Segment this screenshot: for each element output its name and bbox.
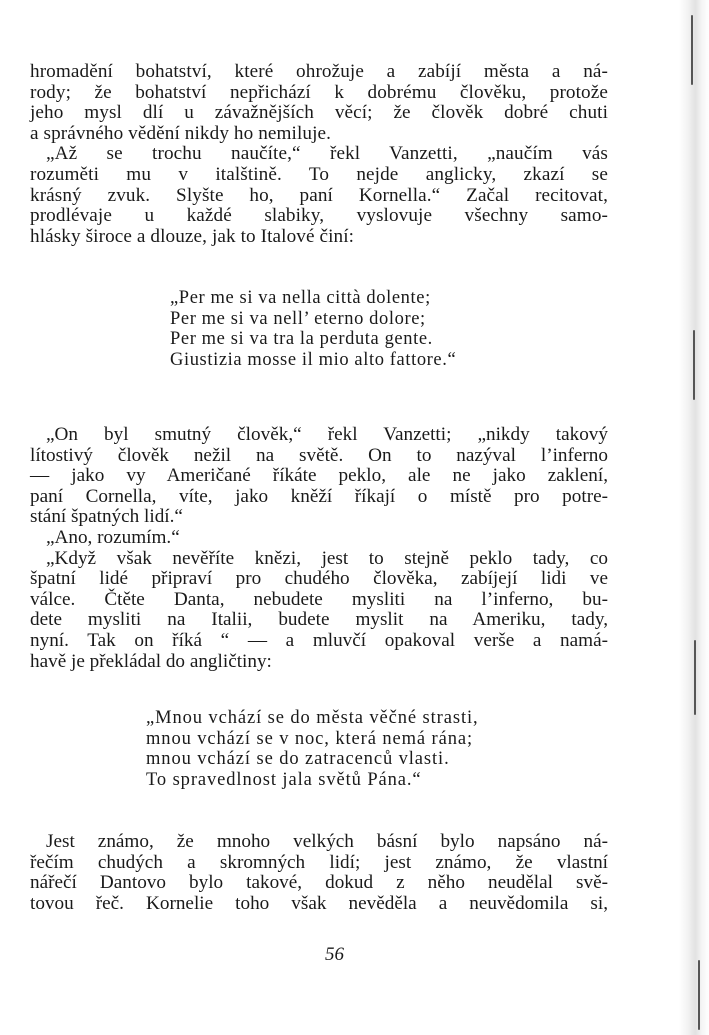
text-line: prodlévaje u každé slabiky, vyslovuje vš…	[30, 206, 608, 227]
text-line: „On byl smutný člověk,“ řekl Vanzetti; „…	[30, 425, 608, 446]
text-line: Jest známo, že mnoho velkých básní bylo …	[30, 832, 608, 853]
text-line: nyní. Tak on říká “ — a mluvčí opakoval …	[30, 631, 608, 652]
text-line: havě je překládal do angličtiny:	[30, 652, 608, 673]
binding-mark	[693, 330, 695, 400]
text-line: jeho mysl dlí u závažnějších věcí; že čl…	[30, 103, 608, 124]
page-number: 56	[325, 944, 344, 966]
text-line: řečím chudých a skromných lidí; jest zná…	[30, 853, 608, 874]
verse-line: Giustizia mosse il mio alto fattore.“	[170, 350, 456, 371]
text-line: lítostivý člověk nežil na světě. On to n…	[30, 446, 608, 467]
verse-line: mnou vchází se v noc, která nemá rána;	[146, 729, 479, 750]
text-line: „Ano, rozumím.“	[30, 528, 608, 549]
paragraph-block-1: hromadění bohatství, které ohrožuje a za…	[30, 62, 608, 247]
text-line: rozuměti mu v italštině. To nejde anglic…	[30, 165, 608, 186]
binding-mark	[698, 960, 700, 1030]
text-line: krásný zvuk. Slyšte ho, paní Kornella.“ …	[30, 186, 608, 207]
text-line: — jako vy Američané říkáte peklo, ale ne…	[30, 466, 608, 487]
text-line: „Až se trochu naučíte,“ řekl Vanzetti, „…	[30, 144, 608, 165]
text-line: tovou řeč. Kornelie toho však nevěděla a…	[30, 894, 608, 915]
text-line: stání špatných lidí.“	[30, 507, 608, 528]
text-line: hlásky široce a dlouze, jak to Italové č…	[30, 227, 608, 248]
paragraph-block-3: Jest známo, že mnoho velkých básní bylo …	[30, 832, 608, 914]
text-line: paní Cornella, víte, jako kněží říkají o…	[30, 487, 608, 508]
text-line: špatní lidé připraví pro chudého člověka…	[30, 569, 608, 590]
verse-line: „Mnou vchází se do města věčné strasti,	[146, 708, 479, 729]
text-line: „Když však nevěříte knězi, jest to stejn…	[30, 549, 608, 570]
verse-line: Per me si va tra la perduta gente.	[170, 329, 456, 350]
italian-verse: „Per me si va nella città dolente; Per m…	[170, 288, 456, 370]
binding-mark	[691, 15, 693, 85]
verse-line: „Per me si va nella città dolente;	[170, 288, 456, 309]
text-line: válce. Čtěte Danta, nebudete mysliti na …	[30, 590, 608, 611]
paragraph-block-2: „On byl smutný člověk,“ řekl Vanzetti; „…	[30, 425, 608, 672]
page-binding-edge	[679, 0, 709, 1035]
text-line: hromadění bohatství, které ohrožuje a za…	[30, 62, 608, 83]
text-line: dete mysliti na Italii, budete myslit na…	[30, 610, 608, 631]
czech-verse: „Mnou vchází se do města věčné strasti, …	[146, 708, 479, 790]
binding-mark	[694, 640, 696, 715]
verse-line: To spravedlnost jala světů Pána.“	[146, 770, 479, 791]
verse-line: Per me si va nell’ eterno dolore;	[170, 309, 456, 330]
text-line: rody; že bohatství nepřichází k dobrému …	[30, 83, 608, 104]
text-line: nářečí Dantovo bylo takové, dokud z něho…	[30, 873, 608, 894]
text-line: a správného vědění nikdy ho nemiluje.	[30, 124, 608, 145]
verse-line: mnou vchází se do zatracenců vlasti.	[146, 749, 479, 770]
